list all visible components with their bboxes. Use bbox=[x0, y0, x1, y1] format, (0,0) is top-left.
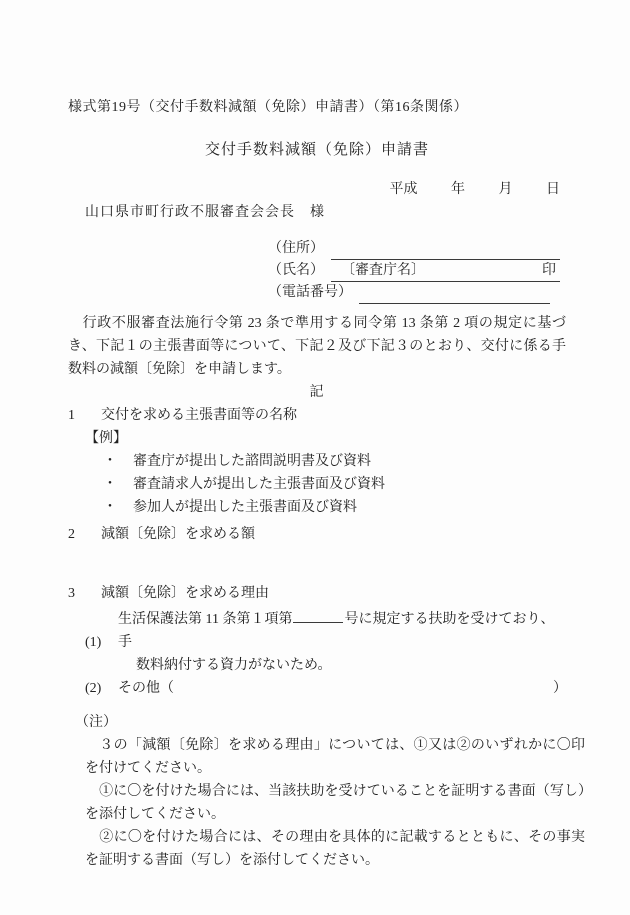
date-day-label: 日 bbox=[546, 182, 560, 197]
section2-heading: 2 減額〔免除〕を求める額 bbox=[68, 523, 566, 546]
reason2-line: (2) その他（ ） bbox=[85, 677, 567, 700]
section1-title: 交付を求める主張書面等の名称 bbox=[101, 404, 297, 427]
bullet-icon: ・ bbox=[103, 496, 133, 519]
section-1: 1 交付を求める主張書面等の名称 【例】 ・ 審査庁が提出した諮問説明書及び資料… bbox=[68, 404, 566, 519]
section2-number: 2 bbox=[68, 523, 101, 546]
other-reason-blank-field[interactable] bbox=[174, 677, 553, 700]
form-id-line: 様式第19号（交付手数料減額（免除）申請書）（第16条関係） bbox=[68, 96, 566, 119]
reason1-text-before: 生活保護法第 11 条第１項第 bbox=[118, 612, 292, 627]
name-placeholder: 〔審査庁名〕 bbox=[331, 261, 425, 281]
reason2-text: その他（ bbox=[118, 677, 174, 700]
reason1-label: (1) bbox=[85, 631, 118, 654]
date-line: 平成 年 月 日 bbox=[68, 178, 566, 201]
date-era-label: 平成 bbox=[390, 182, 418, 197]
record-mark: 記 bbox=[68, 381, 566, 404]
address-row: （住所） bbox=[268, 238, 560, 260]
reason-item-1: (1) 生活保護法第 11 条第１項第号に規定する扶助を受けており、手 数料納付… bbox=[85, 605, 566, 677]
list-item: ・ 参加人が提出した主張書面及び資料 bbox=[103, 496, 566, 519]
notes-block: （注） ３の「減額〔免除〕を求める理由」については、①又は②のいずれかに〇印を付… bbox=[68, 711, 566, 872]
section-2: 2 減額〔免除〕を求める額 bbox=[68, 523, 566, 546]
name-label: （氏名） bbox=[268, 260, 324, 282]
note-line: ②に〇を付けた場合には、その理由を具体的に記載するとともに、その事実を証明する書… bbox=[85, 826, 585, 872]
page-title: 交付手数料減額（免除）申請書 bbox=[68, 139, 566, 162]
list-item: ・ 審査請求人が提出した主張書面及び資料 bbox=[103, 473, 566, 496]
applicant-contact-block: （住所） （氏名） 〔審査庁名〕 印 （電話番号） bbox=[268, 238, 560, 304]
section1-number: 1 bbox=[68, 404, 101, 427]
section2-title: 減額〔免除〕を求める額 bbox=[101, 523, 255, 546]
note-line: ３の「減額〔免除〕を求める理由」については、①又は②のいずれかに〇印を付けてくだ… bbox=[85, 734, 585, 780]
reason1-text: 生活保護法第 11 条第１項第号に規定する扶助を受けており、手 bbox=[118, 605, 567, 654]
reason1-line2: 数料納付する資力がないため。 bbox=[136, 654, 566, 677]
section3-title: 減額〔免除〕を求める理由 bbox=[101, 582, 269, 605]
body-paragraph: 行政不服審査法施行令第 23 条で準用する同令第 13 条第 2 項の規定に基づ… bbox=[68, 312, 566, 381]
reason2-closing-paren: ） bbox=[553, 677, 567, 700]
section3-number: 3 bbox=[68, 582, 101, 605]
list-item-text: 審査庁が提出した諮問説明書及び資料 bbox=[133, 450, 371, 473]
bullet-icon: ・ bbox=[103, 450, 133, 473]
addressee: 山口県市町行政不服審査会会長 様 bbox=[85, 201, 566, 224]
document-page: 様式第19号（交付手数料減額（免除）申請書）（第16条関係） 交付手数料減額（免… bbox=[0, 0, 630, 915]
phone-label: （電話番号） bbox=[268, 282, 352, 304]
phone-row: （電話番号） bbox=[268, 282, 560, 304]
list-item-text: 審査請求人が提出した主張書面及び資料 bbox=[133, 473, 385, 496]
note-line: ①に〇を付けた場合には、当該扶助を受けていることを証明する書面（写し）を添付して… bbox=[85, 780, 585, 826]
name-field[interactable]: 〔審査庁名〕 印 bbox=[331, 262, 560, 282]
name-row: （氏名） 〔審査庁名〕 印 bbox=[268, 260, 560, 282]
seal-mark: 印 bbox=[542, 261, 560, 281]
phone-field[interactable] bbox=[359, 284, 550, 304]
clause-number-blank-field[interactable] bbox=[293, 605, 343, 623]
list-item: ・ 審査庁が提出した諮問説明書及び資料 bbox=[103, 450, 566, 473]
date-year-label: 年 bbox=[451, 182, 465, 197]
notes-label: （注） bbox=[75, 711, 566, 734]
address-field[interactable] bbox=[331, 240, 560, 260]
date-month-label: 月 bbox=[499, 182, 513, 197]
example-label: 【例】 bbox=[85, 427, 566, 450]
address-label: （住所） bbox=[268, 238, 324, 260]
reason1-line1: (1) 生活保護法第 11 条第１項第号に規定する扶助を受けており、手 bbox=[85, 605, 567, 654]
section3-heading: 3 減額〔免除〕を求める理由 bbox=[68, 582, 566, 605]
reason2-label: (2) bbox=[85, 677, 118, 700]
section-3: 3 減額〔免除〕を求める理由 (1) 生活保護法第 11 条第１項第号に規定する… bbox=[68, 582, 566, 700]
section1-heading: 1 交付を求める主張書面等の名称 bbox=[68, 404, 566, 427]
bullet-icon: ・ bbox=[103, 473, 133, 496]
list-item-text: 参加人が提出した主張書面及び資料 bbox=[133, 496, 357, 519]
reason-item-2: (2) その他（ ） bbox=[85, 677, 566, 700]
